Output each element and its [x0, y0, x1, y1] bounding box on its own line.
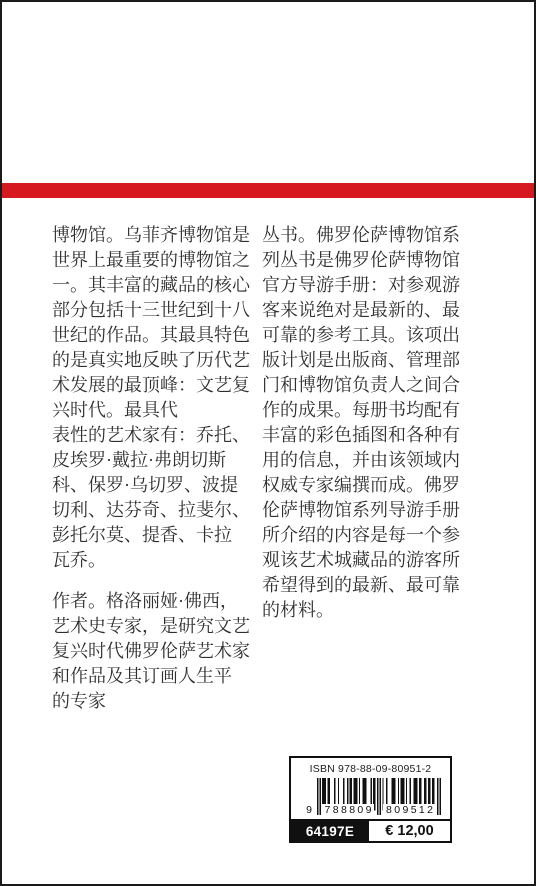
- price-text: € 12,00: [369, 821, 450, 841]
- text-line: 的材料。: [262, 598, 470, 623]
- right-text-column: 丛书。佛罗伦萨博物馆系列丛书是佛罗伦萨博物馆官方导游手册：对参观游客来说绝对是最…: [262, 223, 470, 623]
- text-line: 观该艺术城藏品的游客所: [262, 548, 470, 573]
- text-line: 丛书。佛罗伦萨博物馆系: [262, 223, 470, 248]
- text-line: 和作品及其订画人生平: [52, 664, 260, 689]
- text-line: 部分包括十三世纪到十八: [52, 298, 260, 323]
- text-line: 一。其丰富的藏品的核心: [52, 273, 260, 298]
- barcode-area: 9 788809 809512: [291, 778, 450, 819]
- text-line: 用的信息，并由该领域内: [262, 448, 470, 473]
- text-line: 客来说绝对是最新的、最: [262, 298, 470, 323]
- text-line: 兴时代。最具代: [52, 398, 260, 423]
- left-text-column: 博物馆。乌菲齐博物馆是世界上最重要的博物馆之一。其丰富的藏品的核心部分包括十三世…: [52, 223, 260, 714]
- text-line: 权威专家编撰而成。佛罗: [262, 473, 470, 498]
- text-line: 复兴时代佛罗伦萨艺术家: [52, 639, 260, 664]
- text-line: 世纪的作品。其最具特色: [52, 323, 260, 348]
- text-line: 表性的艺术家有：乔托、: [52, 423, 260, 448]
- author-paragraph: 作者。格洛丽娅·佛西，艺术史专家，是研究文艺复兴时代佛罗伦萨艺术家和作品及其订画…: [52, 589, 260, 714]
- price-barcode-label: ISBN 978-88-09-80951-2 9 788809 809512 6…: [289, 756, 452, 843]
- ean-digits-right: 809512: [383, 804, 436, 817]
- text-line: 瓦乔。: [52, 548, 260, 573]
- text-line: 伦萨博物馆系列导游手册: [262, 498, 470, 523]
- text-line: 术发展的最顶峰：文艺复: [52, 373, 260, 398]
- text-line: 门和博物馆负责人之间合: [262, 373, 470, 398]
- description-paragraph: 博物馆。乌菲齐博物馆是世界上最重要的博物馆之一。其丰富的藏品的核心部分包括十三世…: [52, 223, 260, 573]
- ean-digits-left: 788809: [322, 804, 374, 817]
- text-line: 的专家: [52, 689, 260, 714]
- book-back-cover: 博物馆。乌菲齐博物馆是世界上最重要的博物馆之一。其丰富的藏品的核心部分包括十三世…: [0, 0, 536, 886]
- text-line: 彭托尔莫、提香、卡拉: [52, 523, 260, 548]
- text-line: 列丛书是佛罗伦萨博物馆: [262, 248, 470, 273]
- text-line: 丰富的彩色插图和各种有: [262, 423, 470, 448]
- text-line: 皮埃罗·戴拉·弗朗切斯: [52, 448, 260, 473]
- text-line: 切利、达芬奇、拉斐尔、: [52, 498, 260, 523]
- text-line: 版计划是出版商、管理部: [262, 348, 470, 373]
- series-paragraph: 丛书。佛罗伦萨博物馆系列丛书是佛罗伦萨博物馆官方导游手册：对参观游客来说绝对是最…: [262, 223, 470, 623]
- isbn-text: ISBN 978-88-09-80951-2: [291, 758, 450, 777]
- label-bottom-row: 64197E € 12,00: [291, 819, 450, 841]
- text-line: 希望得到的最新、最可靠: [262, 573, 470, 598]
- publisher-code-badge: 64197E: [291, 821, 369, 841]
- ean-digit-first: 9: [304, 804, 314, 817]
- text-line: 所介绍的内容是每一个参: [262, 523, 470, 548]
- text-line: 艺术史专家，是研究文艺: [52, 614, 260, 639]
- text-line: 的是真实地反映了历代艺: [52, 348, 260, 373]
- text-line: 可靠的参考工具。该项出: [262, 323, 470, 348]
- text-line: 科、保罗·乌切罗、波提: [52, 473, 260, 498]
- text-line: 作者。格洛丽娅·佛西，: [52, 589, 260, 614]
- text-line: 官方导游手册：对参观游: [262, 273, 470, 298]
- text-line: 博物馆。乌菲齐博物馆是: [52, 223, 260, 248]
- red-stripe-divider: [2, 183, 536, 198]
- text-line: 世界上最重要的博物馆之: [52, 248, 260, 273]
- text-line: 作的成果。每册书均配有: [262, 398, 470, 423]
